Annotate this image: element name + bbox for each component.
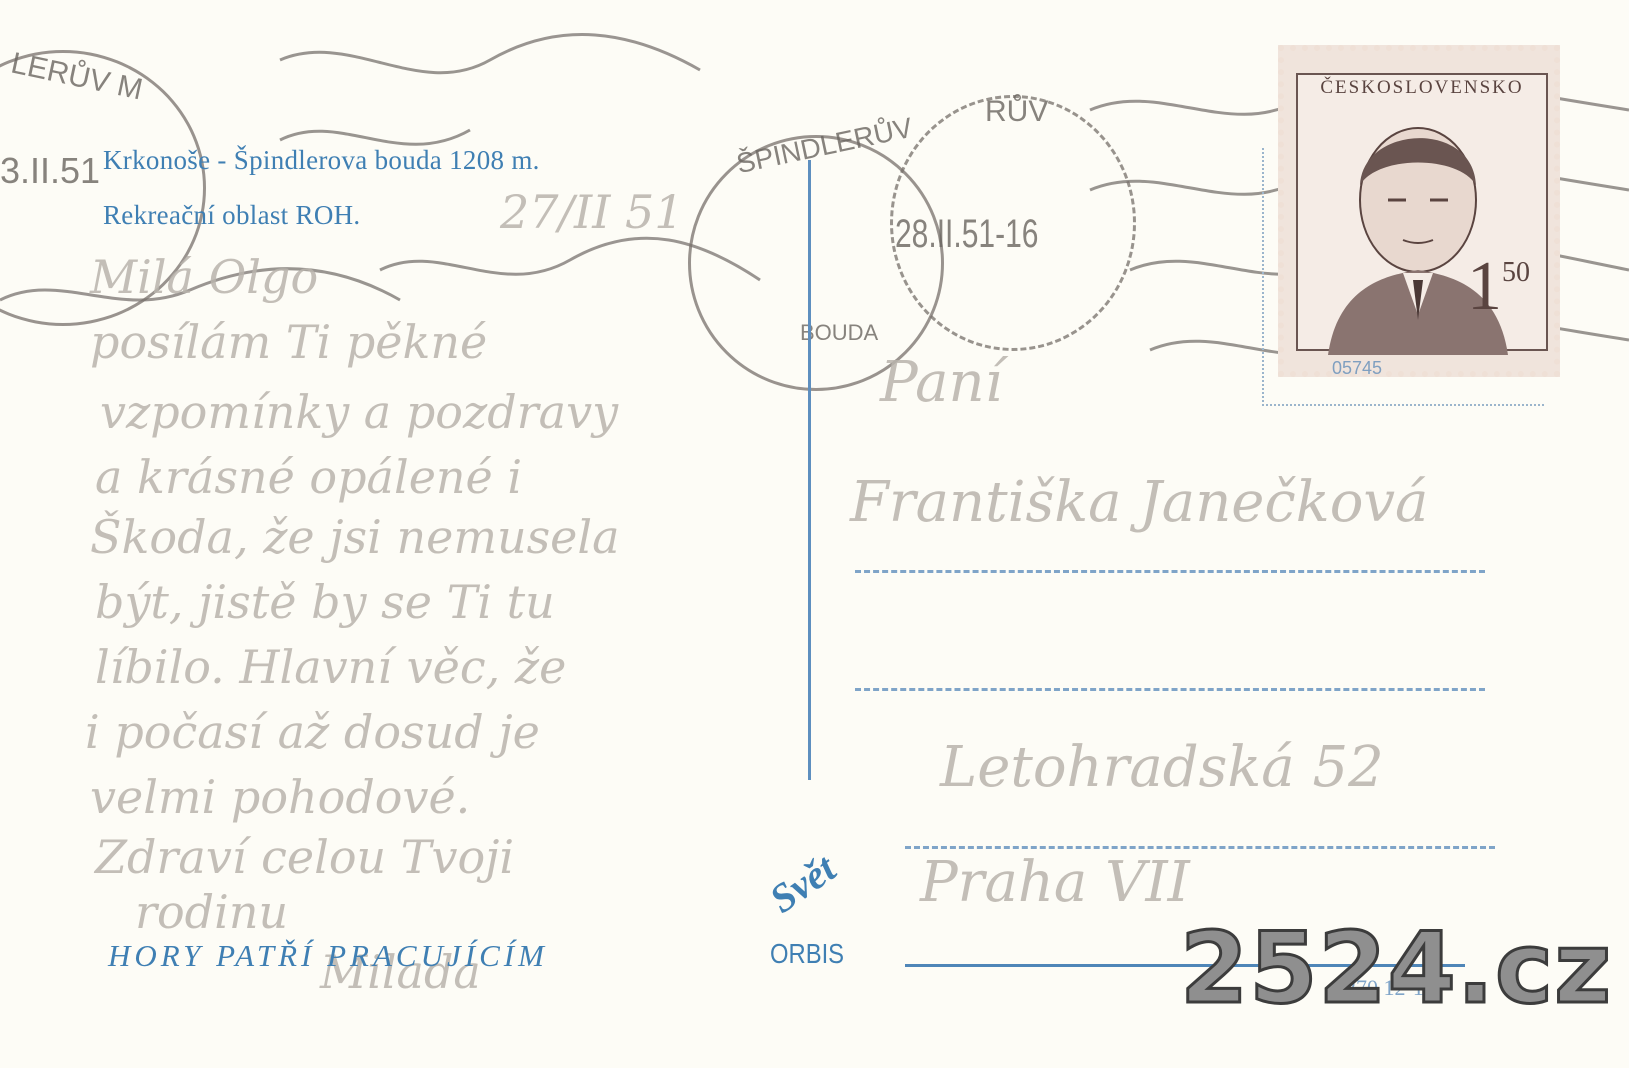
address-line-2 — [855, 688, 1485, 691]
stamp-value: 150 — [1467, 247, 1530, 327]
address-text-line: Letohradská 52 — [940, 735, 1384, 800]
publisher-name: ORBIS — [770, 938, 844, 970]
message-line: posílám Ti pěkné — [90, 315, 487, 369]
stamp-country: ČESKOSLOVENSKO — [1298, 77, 1546, 99]
message-line: Milá Olgo — [90, 250, 318, 304]
center-divider — [808, 160, 811, 780]
message-line: rodinu — [135, 885, 288, 939]
address-text-line: Františka Janečková — [850, 470, 1428, 535]
stamp-serial: 05745 — [1332, 358, 1382, 379]
address-line-3 — [905, 846, 1495, 849]
stamp-value-major: 1 — [1467, 248, 1502, 325]
message-line: i počasí až dosud je — [85, 705, 540, 759]
header-location: Krkonoše - Špindlerova bouda 1208 m. — [103, 145, 540, 176]
slogan: HORY PATŘÍ PRACUJÍCÍM — [108, 938, 548, 974]
address-text-line: Paní — [880, 350, 1003, 415]
stamp-value-minor: 50 — [1502, 257, 1530, 288]
message-line: Zdraví celou Tvoji — [95, 830, 514, 884]
handwritten-date: 27/II 51 — [500, 185, 684, 239]
message-line: být, jistě by se Ti tu — [95, 575, 555, 629]
postmark-left-date: 3.II.51 — [0, 150, 100, 192]
site-watermark: 2524.cz — [1180, 912, 1612, 1026]
message-line: Škoda, že jsi nemusela — [90, 510, 620, 564]
address-text-line: Praha VII — [920, 850, 1190, 915]
message-line: vzpomínky a pozdravy — [100, 385, 618, 439]
postmark-right-arc: RŮV — [985, 95, 1048, 129]
stamp-frame: ČESKOSLOVENSKO 150 — [1296, 73, 1548, 351]
postcard-back: LERŮV M 3.II.51 ŠPINDLERŮV BOUDA RŮV 28.… — [0, 0, 1629, 1068]
postmark-date: 28.II.51-16 — [895, 212, 1038, 257]
message-line: líbilo. Hlavní věc, že — [95, 640, 566, 694]
postage-stamp: ČESKOSLOVENSKO 150 — [1278, 45, 1560, 377]
message-line: a krásné opálené i — [95, 450, 522, 504]
postmark-center-bottom: BOUDA — [800, 320, 878, 346]
header-subtitle: Rekreační oblast ROH. — [103, 200, 361, 231]
message-line: velmi pohodové. — [90, 770, 470, 824]
address-line-1 — [855, 570, 1485, 573]
